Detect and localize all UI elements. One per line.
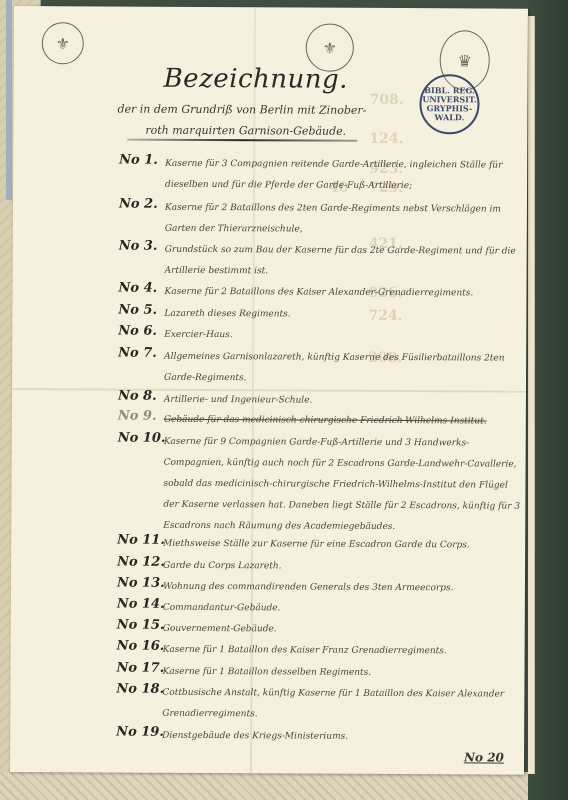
- document-page: 708. 124. 923. 40 729. 421. 926. 724. 20…: [10, 6, 528, 775]
- bleed-through-number: 124.: [369, 131, 403, 147]
- list-item: No 1. Kaserne für 3 Compagnien reitende …: [119, 153, 519, 155]
- entry-text: Kaserne für 3 Compagnien reitende Garde-…: [165, 154, 525, 198]
- entry-number: No 9.: [118, 409, 158, 424]
- library-stamp-left: ⚜: [42, 22, 84, 64]
- entry-number: No 10.: [118, 431, 158, 446]
- entry-text: Commandantur-Gebäude.: [163, 598, 523, 621]
- entry-number: No 6.: [118, 324, 158, 339]
- page-number: No 20: [464, 750, 504, 764]
- entry-text: Gebäude für das medicinisch-chirurgische…: [164, 410, 524, 433]
- title-divider: [127, 139, 357, 142]
- entry-text: Wohnung des commandirenden Generals des …: [163, 577, 523, 600]
- paper-stack-edge: [528, 16, 535, 774]
- entry-text: Kaserne für 1 Bataillon des Kaiser Franz…: [163, 640, 523, 663]
- entry-number: No 14.: [117, 597, 157, 612]
- underlying-map-bottom: [0, 772, 530, 800]
- eagle-icon: ⚜: [56, 40, 70, 47]
- entry-number: No 19.: [116, 725, 156, 740]
- entry-text: Kaserne für 1 Bataillon desselben Regime…: [162, 662, 522, 685]
- entry-text: Kaserne für 9 Compagnien Garde-Fuß-Artil…: [163, 432, 524, 539]
- entry-number: No 5.: [118, 303, 158, 318]
- crown-eagle-icon: ♛: [458, 57, 472, 64]
- eagle-icon: ⚜: [323, 44, 337, 51]
- entry-list: No 1. Kaserne für 3 Compagnien reitende …: [14, 6, 528, 9]
- entry-number: No 1.: [119, 153, 159, 168]
- entry-text: Allgemeines Garnisonlazareth, künftig Ka…: [164, 347, 524, 391]
- entry-number: No 2.: [119, 197, 159, 212]
- entry-number: No 16.: [117, 639, 157, 654]
- entry-number: No 11.: [117, 533, 157, 548]
- entry-text: Dienstgebäude des Kriegs-Ministeriums.: [162, 726, 522, 749]
- entry-number: No 8.: [118, 389, 158, 404]
- entry-text: Lazareth dieses Regiments.: [164, 304, 524, 327]
- entry-text: Garde du Corps Lazareth.: [163, 556, 523, 579]
- entry-text: Miethsweise Ställe zur Kaserne für eine …: [163, 534, 523, 557]
- entry-text: Grundstück so zum Bau der Kaserne für da…: [165, 240, 525, 284]
- bleed-through-number: 708.: [369, 92, 403, 108]
- entry-number: No 15.: [117, 618, 157, 633]
- subtitle-line-1: der in dem Grundriß von Berlin mit Zinob…: [117, 103, 366, 117]
- entry-text: Kaserne für 2 Bataillons des 2ten Garde-…: [165, 198, 525, 242]
- entry-number: No 17.: [116, 661, 156, 676]
- entry-text: Cottbusische Anstalt, künftig Kaserne fü…: [162, 683, 522, 727]
- underlying-map-stripe: [6, 0, 12, 200]
- university-stamp-blue: BIBL. REG. UNIVERSIT. GRYPHIS- WALD.: [419, 74, 479, 134]
- entry-number: No 3.: [119, 239, 159, 254]
- entry-number: No 4.: [118, 281, 158, 296]
- entry-number: No 7.: [118, 346, 158, 361]
- document-title: Bezeichnung.: [164, 64, 348, 95]
- stamp-line: WALD.: [422, 113, 476, 122]
- subtitle-line-2: roth marquirten Garnison-Gebäude.: [145, 124, 346, 138]
- entry-text: Kaserne für 2 Bataillons des Kaiser Alex…: [164, 282, 524, 305]
- entry-number: No 13.: [117, 576, 157, 591]
- entry-number: No 12.: [117, 555, 157, 570]
- entry-text: Exercier-Haus.: [164, 325, 524, 348]
- entry-text: Gouvernement-Gebäude.: [163, 619, 523, 642]
- entry-number: No 18.: [116, 682, 156, 697]
